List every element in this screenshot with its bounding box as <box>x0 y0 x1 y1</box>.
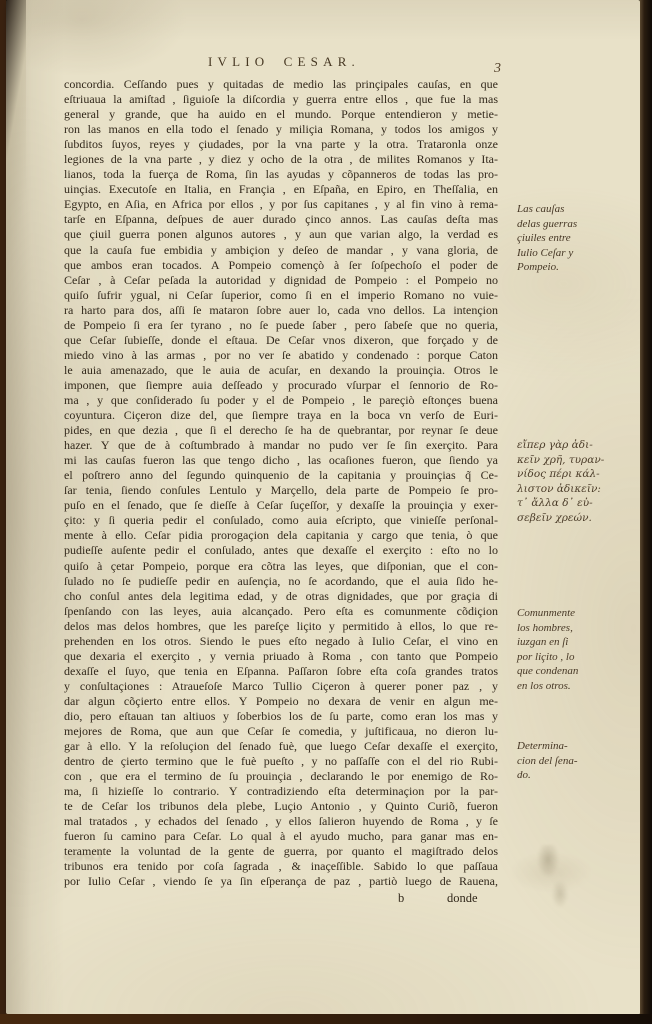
body-text: concordia. Ceſſando pues y quitadas de m… <box>64 77 498 890</box>
body-line: imponen, que ſiempre auia deſſeado y pro… <box>64 378 498 393</box>
body-line: ma, ſi hizieſſe lo contrario. Y contradi… <box>64 784 498 799</box>
show-through-text: Corinto <box>64 849 101 864</box>
body-line: legiones de la vna parte , y diez y ocho… <box>64 152 498 167</box>
body-line: puſo en el ſenado, que ſe dieſſe à Ceſar… <box>64 498 498 513</box>
body-line: dentro de çierto termino que le fuè pueſ… <box>64 754 498 769</box>
margin-note-line: delas guerras <box>517 217 649 232</box>
body-line: hazer. Y que de à coſtumbrado à mandar n… <box>64 438 498 453</box>
body-line: prehenden en los otros. Siendo le pues e… <box>64 634 498 649</box>
body-line: eſtriuaua la amiſtad , ſiguioſe la diſco… <box>64 92 498 107</box>
margin-note-line: τ᾽ ἄλλα δ᾽ εὐ- <box>517 496 649 511</box>
body-line: coyuntura. Ciçeron dize del, que ſiempre… <box>64 408 498 423</box>
margin-note-line: do. <box>517 768 649 783</box>
body-line: miedo vino à las armas , por no ver ſe a… <box>64 348 498 363</box>
body-line: que Ceſar ſubieſſe, donde el eſtaua. De … <box>64 333 498 348</box>
body-line: te de Ceſar los tribunos dela plebe, Luç… <box>64 799 498 814</box>
body-line: y conſultaçiones : Atraueſoſe Marco Tull… <box>64 679 498 694</box>
body-line: dar algun cõçierto entre ellos. Y Pompei… <box>64 694 498 709</box>
body-line: le auia amenazado, que le auia de acuſar… <box>64 363 498 378</box>
margin-note-line: Comunmente <box>517 606 649 621</box>
body-line: mal tratados , y echados del ſenado , y … <box>64 814 498 829</box>
margin-note-line: çiuiles entre <box>517 231 649 246</box>
page-number: 3 <box>494 61 501 77</box>
body-line: el poſtrero anno del ſegundo quinquenio … <box>64 468 498 483</box>
body-line: gar à ello. Y la reſoluçion del ſenado f… <box>64 739 498 754</box>
scanned-book-photo: IVLIO CESAR. 3 concordia. Ceſſando pues … <box>0 0 652 1024</box>
margin-note-determinacion: Determina-cion del ſena-do. <box>517 739 649 783</box>
body-line: fueron ſu camino para Ceſar. Lo qual à e… <box>64 829 498 844</box>
body-line: general y grande, que ha auido en el mun… <box>64 107 498 122</box>
body-line: ſar tenia, ſiendo conſules Lentulo y Mar… <box>64 483 498 498</box>
body-line: ron las manos en ella todo el ſenado y m… <box>64 122 498 137</box>
margin-note-line: νίδος πέρι κάλ- <box>517 467 649 482</box>
body-line: tarſe en Eſpanna, deſpues de auer durado… <box>64 212 498 227</box>
margin-note-line: λιστον ἀδικεῖν: <box>517 482 649 497</box>
body-line: quiſo à çetar Pompeio, porque era cõtra … <box>64 559 498 574</box>
margin-note-line: Las cauſas <box>517 202 649 217</box>
body-line: mente à ello. Ceſar pidia prorogaçion de… <box>64 528 498 543</box>
body-line: ra harto para dos, aſſi ſe mataron ſobre… <box>64 303 498 318</box>
body-line: Ceſar , à Ceſar peſada la autoridad y di… <box>64 273 498 288</box>
body-line: concordia. Ceſſando pues y quitadas de m… <box>64 77 498 92</box>
body-line: dexaſſe el ſuyo, que tenia en Eſpanna. P… <box>64 664 498 679</box>
margin-note-line: los hombres, <box>517 621 649 636</box>
margin-note-greek-verse: εἴπερ γὰρ ἀδι-κεῖν χρῆ, τυραν-νίδος πέρι… <box>517 438 649 526</box>
running-header: IVLIO CESAR. <box>64 54 504 70</box>
margin-note-line: iuzgan en ſi <box>517 635 649 650</box>
body-line: que çiuil guerra ponen algunos autores ,… <box>64 227 498 242</box>
margin-note-las-causas: Las cauſasdelas guerrasçiuiles entreIuli… <box>517 202 649 275</box>
margin-note-line: cion del ſena- <box>517 754 649 769</box>
body-line: tribunos era tenido por coſa ſagrada , &… <box>64 859 498 874</box>
body-line: que dexaria el exerçito , y vernia priua… <box>64 649 498 664</box>
body-line: ſulado no ſe pudieſſe pedir en auſençia,… <box>64 574 498 589</box>
body-line: que ambos eran tocados. A Pompeio començ… <box>64 258 498 273</box>
body-line: pides, en que dezia , que ſi el derecho … <box>64 423 498 438</box>
signature-mark: b <box>398 891 404 906</box>
body-line: pudieſſe auſente pedir el conſulado, ant… <box>64 543 498 558</box>
book-page: IVLIO CESAR. 3 concordia. Ceſſando pues … <box>6 0 641 1014</box>
body-line: que la cauſa fue embidia y ambiçion y de… <box>64 243 498 258</box>
margin-note-line: σεβεῖν χρεών. <box>517 511 649 526</box>
body-line: Egypto, en Aſia, en Africa por ellos , y… <box>64 197 498 212</box>
margin-note-line: que condenan <box>517 664 649 679</box>
margin-note-line: εἴπερ γὰρ ἀδι- <box>517 438 649 453</box>
body-line: delos mas delos hombres, que les pareſçe… <box>64 619 498 634</box>
body-line: çito: y ſi queria pedir el conſulado, co… <box>64 513 498 528</box>
body-line: mi las cauſas fueron las que tengo dicho… <box>64 453 498 468</box>
gutter-page-curl <box>6 0 26 300</box>
margin-note-line: Iulio Ceſar y <box>517 246 649 261</box>
margin-note-line: Determina- <box>517 739 649 754</box>
body-line: dio, pero eſtauan tan altiuos y ſoberbio… <box>64 709 498 724</box>
catchword: donde <box>447 891 478 906</box>
body-line: con , que era el termino de ſu prouinçia… <box>64 769 498 784</box>
body-line: lianos, toda la fuerça de Roma, ſin las … <box>64 167 498 182</box>
body-line: teramente la voluntad de la gente de gue… <box>64 844 498 859</box>
margin-note-line: en los otros. <box>517 679 649 694</box>
margin-note-line: Pompeio. <box>517 260 649 275</box>
body-line: quiſo ſufrir ygual, ni Ceſar ſuperior, c… <box>64 288 498 303</box>
margin-note-line: por liçito , lo <box>517 650 649 665</box>
background-surface <box>0 1014 652 1024</box>
body-line: cho conſul antes dela legitima edad, y d… <box>64 589 498 604</box>
body-line: mejores de Roma, que aun que Ceſar ſe co… <box>64 724 498 739</box>
body-line: ſpenſando con las leyes, auia alcançado.… <box>64 604 498 619</box>
margin-note-comunmente: Comunmentelos hombres,iuzgan en ſipor li… <box>517 606 649 694</box>
book-fore-edge <box>640 0 652 1024</box>
show-through-smudge <box>536 845 576 915</box>
body-line: uinçias. Executoſe en Italia, en Françia… <box>64 182 498 197</box>
margin-note-line: κεῖν χρῆ, τυραν- <box>517 453 649 468</box>
body-line: de Pompeio ſi era ſer tyrano , no ſe pue… <box>64 318 498 333</box>
body-line: ma , y que conſiderado ſu poder y el de … <box>64 393 498 408</box>
body-line: por Iulio Ceſar , viendo ſe ya ſin eſper… <box>64 874 498 889</box>
page-title: IVLIO CESAR. <box>208 54 360 69</box>
body-line: ſubditos ſuyos, reyes y çiudades, por la… <box>64 137 498 152</box>
